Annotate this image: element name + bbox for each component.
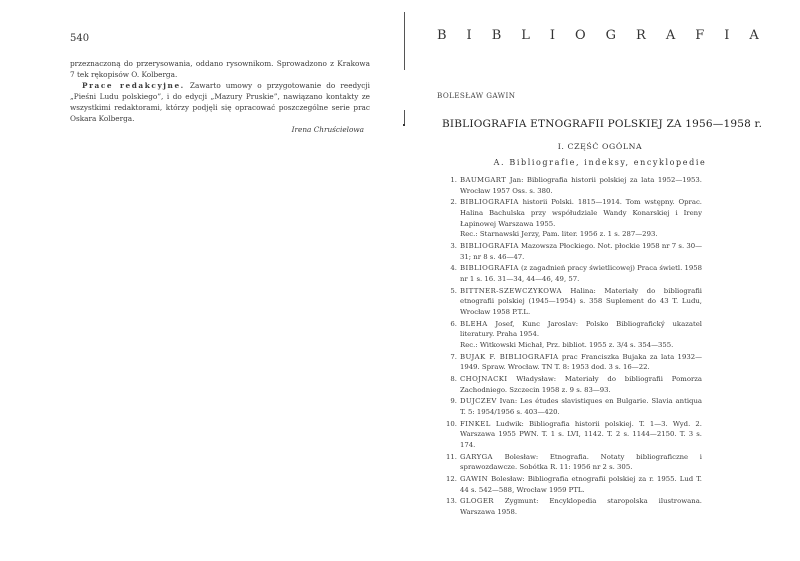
bibliography-entry: 1.BAUMGART Jan: Bibliografia historii po… — [444, 175, 702, 196]
entry-text: Josef, Kunc Jaroslav: Polsko Bibliografi… — [460, 320, 702, 339]
entry-author: BIBLIOGRAFIA — [460, 242, 519, 250]
page-number: 540 — [70, 33, 89, 44]
entry-review: Rec.: Starnawski Jerzy, Pam. liter. 1956… — [460, 229, 702, 240]
entry-author: FINKEL — [460, 420, 491, 428]
signature: Irena Chruścielowa — [70, 124, 370, 135]
entry-text: Zygmunt: Encyklopedia staropolska ilustr… — [460, 497, 702, 516]
paragraph-1: przeznaczoną do przerysowania, oddano ry… — [70, 58, 370, 80]
entry-number: 11. — [444, 452, 457, 463]
part-title: I. CZĘŚĆ OGÓLNA — [400, 142, 800, 151]
bibliography-entry: 2.BIBLIOGRAFIA historii Polski. 1815—191… — [444, 197, 702, 239]
entry-author: DUJCZEV — [460, 397, 497, 405]
entry-number: 9. — [444, 396, 457, 407]
author: BOLESŁAW GAWIN — [437, 91, 515, 100]
right-page: BIBLIOGRAFIA BOLESŁAW GAWIN BIBLIOGRAFIA… — [400, 0, 800, 561]
entry-author: GAWIN — [460, 475, 488, 483]
entry-number: 8. — [444, 374, 457, 385]
entry-number: 7. — [444, 352, 457, 363]
main-title: BIBLIOGRAFIA ETNOGRAFII POLSKIEJ ZA 1956… — [442, 118, 762, 130]
entry-author: BIBLIOGRAFIA — [460, 198, 519, 206]
sub-title: A. Bibliografie, indeksy, encyklopedie — [400, 158, 800, 167]
entry-text: Bolesław: Bibliografia etnografii polski… — [460, 475, 702, 494]
bibliography-entry: 13.GLOGER Zygmunt: Encyklopedia staropol… — [444, 496, 702, 517]
entry-author: GARYGA — [460, 453, 493, 461]
bibliography-entry: 10.FINKEL Ludwik: Bibliografia historii … — [444, 419, 702, 451]
entry-author: BAUMGART — [460, 176, 506, 184]
entry-number: 5. — [444, 286, 457, 297]
entry-text: Ludwik: Bibliografia historii polskiej. … — [460, 420, 702, 449]
bibliography-entry: 9.DUJCZEV Ivan: Les études slavistiques … — [444, 396, 702, 417]
bibliography-entry: 8.CHOJNACKI Władysław: Materiały do bibl… — [444, 374, 702, 395]
entry-number: 6. — [444, 319, 457, 330]
entry-author: BIBLIOGRAFIA — [460, 264, 519, 272]
entry-text: Bolesław: Etnografia. Notaty bibliografi… — [460, 453, 702, 472]
entry-number: 13. — [444, 496, 457, 507]
entry-number: 10. — [444, 419, 457, 430]
bibliography-entry: 11.GARYGA Bolesław: Etnografia. Notaty b… — [444, 452, 702, 473]
entry-review: Rec.: Witkowski Michał, Prz. bibliot. 19… — [460, 340, 702, 351]
entry-author: BUJAK F. BIBLIOGRAFIA — [460, 353, 559, 361]
entry-number: 3. — [444, 241, 457, 252]
bibliography-entry: 12.GAWIN Bolesław: Bibliografia etnograf… — [444, 474, 702, 495]
entry-number: 2. — [444, 197, 457, 208]
bibliography-entry: 7.BUJAK F. BIBLIOGRAFIA prac Franciszka … — [444, 352, 702, 373]
bibliography-entry: 5.BITTNER-SZEWCZYKOWA Halina: Materiały … — [444, 286, 702, 318]
bibliography-entry: 3.BIBLIOGRAFIA Mazowsza Płockiego. Not. … — [444, 241, 702, 262]
entry-author: BITTNER-SZEWCZYKOWA — [460, 287, 562, 295]
paragraph-2: Prace redakcyjne. Zawarto umowy o przygo… — [70, 80, 370, 124]
entry-text: Ivan: Les études slavistiques en Bulgari… — [460, 397, 702, 416]
bibliography-list: 1.BAUMGART Jan: Bibliografia historii po… — [444, 175, 702, 519]
bibliography-entry: 6.BLEHA Josef, Kunc Jaroslav: Polsko Bib… — [444, 319, 702, 351]
entry-author: CHOJNACKI — [460, 375, 507, 383]
entry-author: GLOGER — [460, 497, 494, 505]
bibliography-entry: 4.BIBLIOGRAFIA (z zagadnień pracy świetl… — [444, 263, 702, 284]
entry-number: 1. — [444, 175, 457, 186]
left-page: 540 przeznaczoną do przerysowania, oddan… — [0, 0, 395, 561]
section-title: BIBLIOGRAFIA — [437, 28, 779, 43]
paragraph-2-lead: Prace redakcyjne. — [82, 81, 185, 90]
entry-number: 4. — [444, 263, 457, 274]
entry-number: 12. — [444, 474, 457, 485]
entry-author: BLEHA — [460, 320, 488, 328]
left-page-text: przeznaczoną do przerysowania, oddano ry… — [70, 58, 370, 135]
